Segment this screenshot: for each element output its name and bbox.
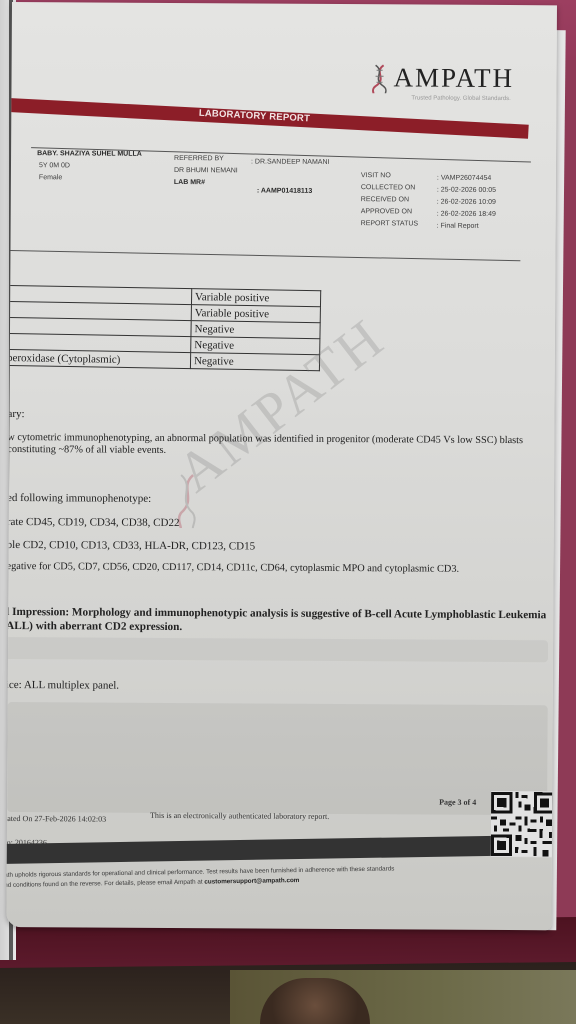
patient-gender: Female <box>39 174 62 181</box>
collected-on-label: COLLECTED ON <box>361 184 416 191</box>
summary-heading: ary: <box>7 408 24 420</box>
header-divider-bottom <box>10 250 520 261</box>
summary-paragraph-line2: constituting ~87% of all viable events. <box>7 444 166 456</box>
shadow-band <box>6 637 548 662</box>
referred-by-label: REFERRED BY <box>174 155 224 162</box>
disclaimer-line1: path upholds rigorous standards for oper… <box>6 865 394 879</box>
footer-bar <box>6 835 548 864</box>
visit-no-label: VISIT NO <box>361 172 391 179</box>
report-status-label: REPORT STATUS <box>361 220 418 227</box>
brand-tagline: Trusted Pathology. Global Standards. <box>411 95 557 102</box>
report-title-banner: LABORATORY REPORT <box>9 98 529 139</box>
lab-mr-label: LAB MR# <box>174 179 205 186</box>
phenotype-intro: ed following immunophenotype: <box>7 492 151 505</box>
report-status-value: : Final Report <box>437 223 479 230</box>
received-on-value: : 26-02-2026 10:09 <box>437 199 496 206</box>
dna-icon <box>369 64 391 94</box>
collected-on-value: : 25-02-2026 00:05 <box>437 187 496 194</box>
generated-on: erated On 27-Feb-2026 14:02:03 <box>6 814 106 824</box>
support-email-link[interactable]: customersupport@ampath.com <box>204 877 299 886</box>
background-floor <box>0 960 576 1024</box>
marker-cell: peroxidase (Cytoplasmic) <box>6 349 190 368</box>
report-title: LABORATORY REPORT <box>199 108 311 125</box>
page-number: Page 3 of 4 <box>439 798 476 807</box>
disclaimer-line2: and conditions found on the reverse. For… <box>6 877 299 889</box>
lab-report-page: AMPATH Trusted Pathology. Global Standar… <box>6 2 557 930</box>
marker-results-table: Variable positive Variable positive Nega… <box>6 285 321 371</box>
approved-on-label: APPROVED ON <box>361 208 412 215</box>
brand-name: AMPATH <box>393 62 514 94</box>
referred-by-value: : DR.SANDEEP NAMANI <box>251 158 329 165</box>
disclaimer-text: and conditions found on the reverse. For… <box>6 879 202 889</box>
panel-note: ice: ALL multiplex panel. <box>6 679 119 692</box>
lab-mr-value: : AAMP01418113 <box>257 187 312 194</box>
positive-markers: rate CD45, CD19, CD34, CD38, CD22 <box>7 516 180 529</box>
visit-no-value: : VAMP26074454 <box>437 175 491 182</box>
impression-line1: l Impression: Morphology and immunopheno… <box>6 606 546 621</box>
variable-markers: ble CD2, CD10, CD13, CD33, HLA-DR, CD123… <box>7 539 256 553</box>
patient-age: 5Y 0M 0D <box>39 162 70 169</box>
qr-code-icon <box>491 791 555 857</box>
negative-markers: egative for CD5, CD7, CD56, CD20, CD117,… <box>7 561 460 575</box>
impression-line2: ALL) with aberrant CD2 expression. <box>6 620 182 633</box>
received-on-label: RECEIVED ON <box>361 196 409 203</box>
approved-on-value: : 26-02-2026 18:49 <box>437 211 496 218</box>
qr-code <box>491 791 555 857</box>
referred-by-line2: DR BHUMI NEMANI <box>174 167 238 174</box>
authentication-note: This is an electronically authenticated … <box>150 811 329 821</box>
patient-name: BABY. SHAZIYA SUHEL MULLA <box>37 150 142 158</box>
